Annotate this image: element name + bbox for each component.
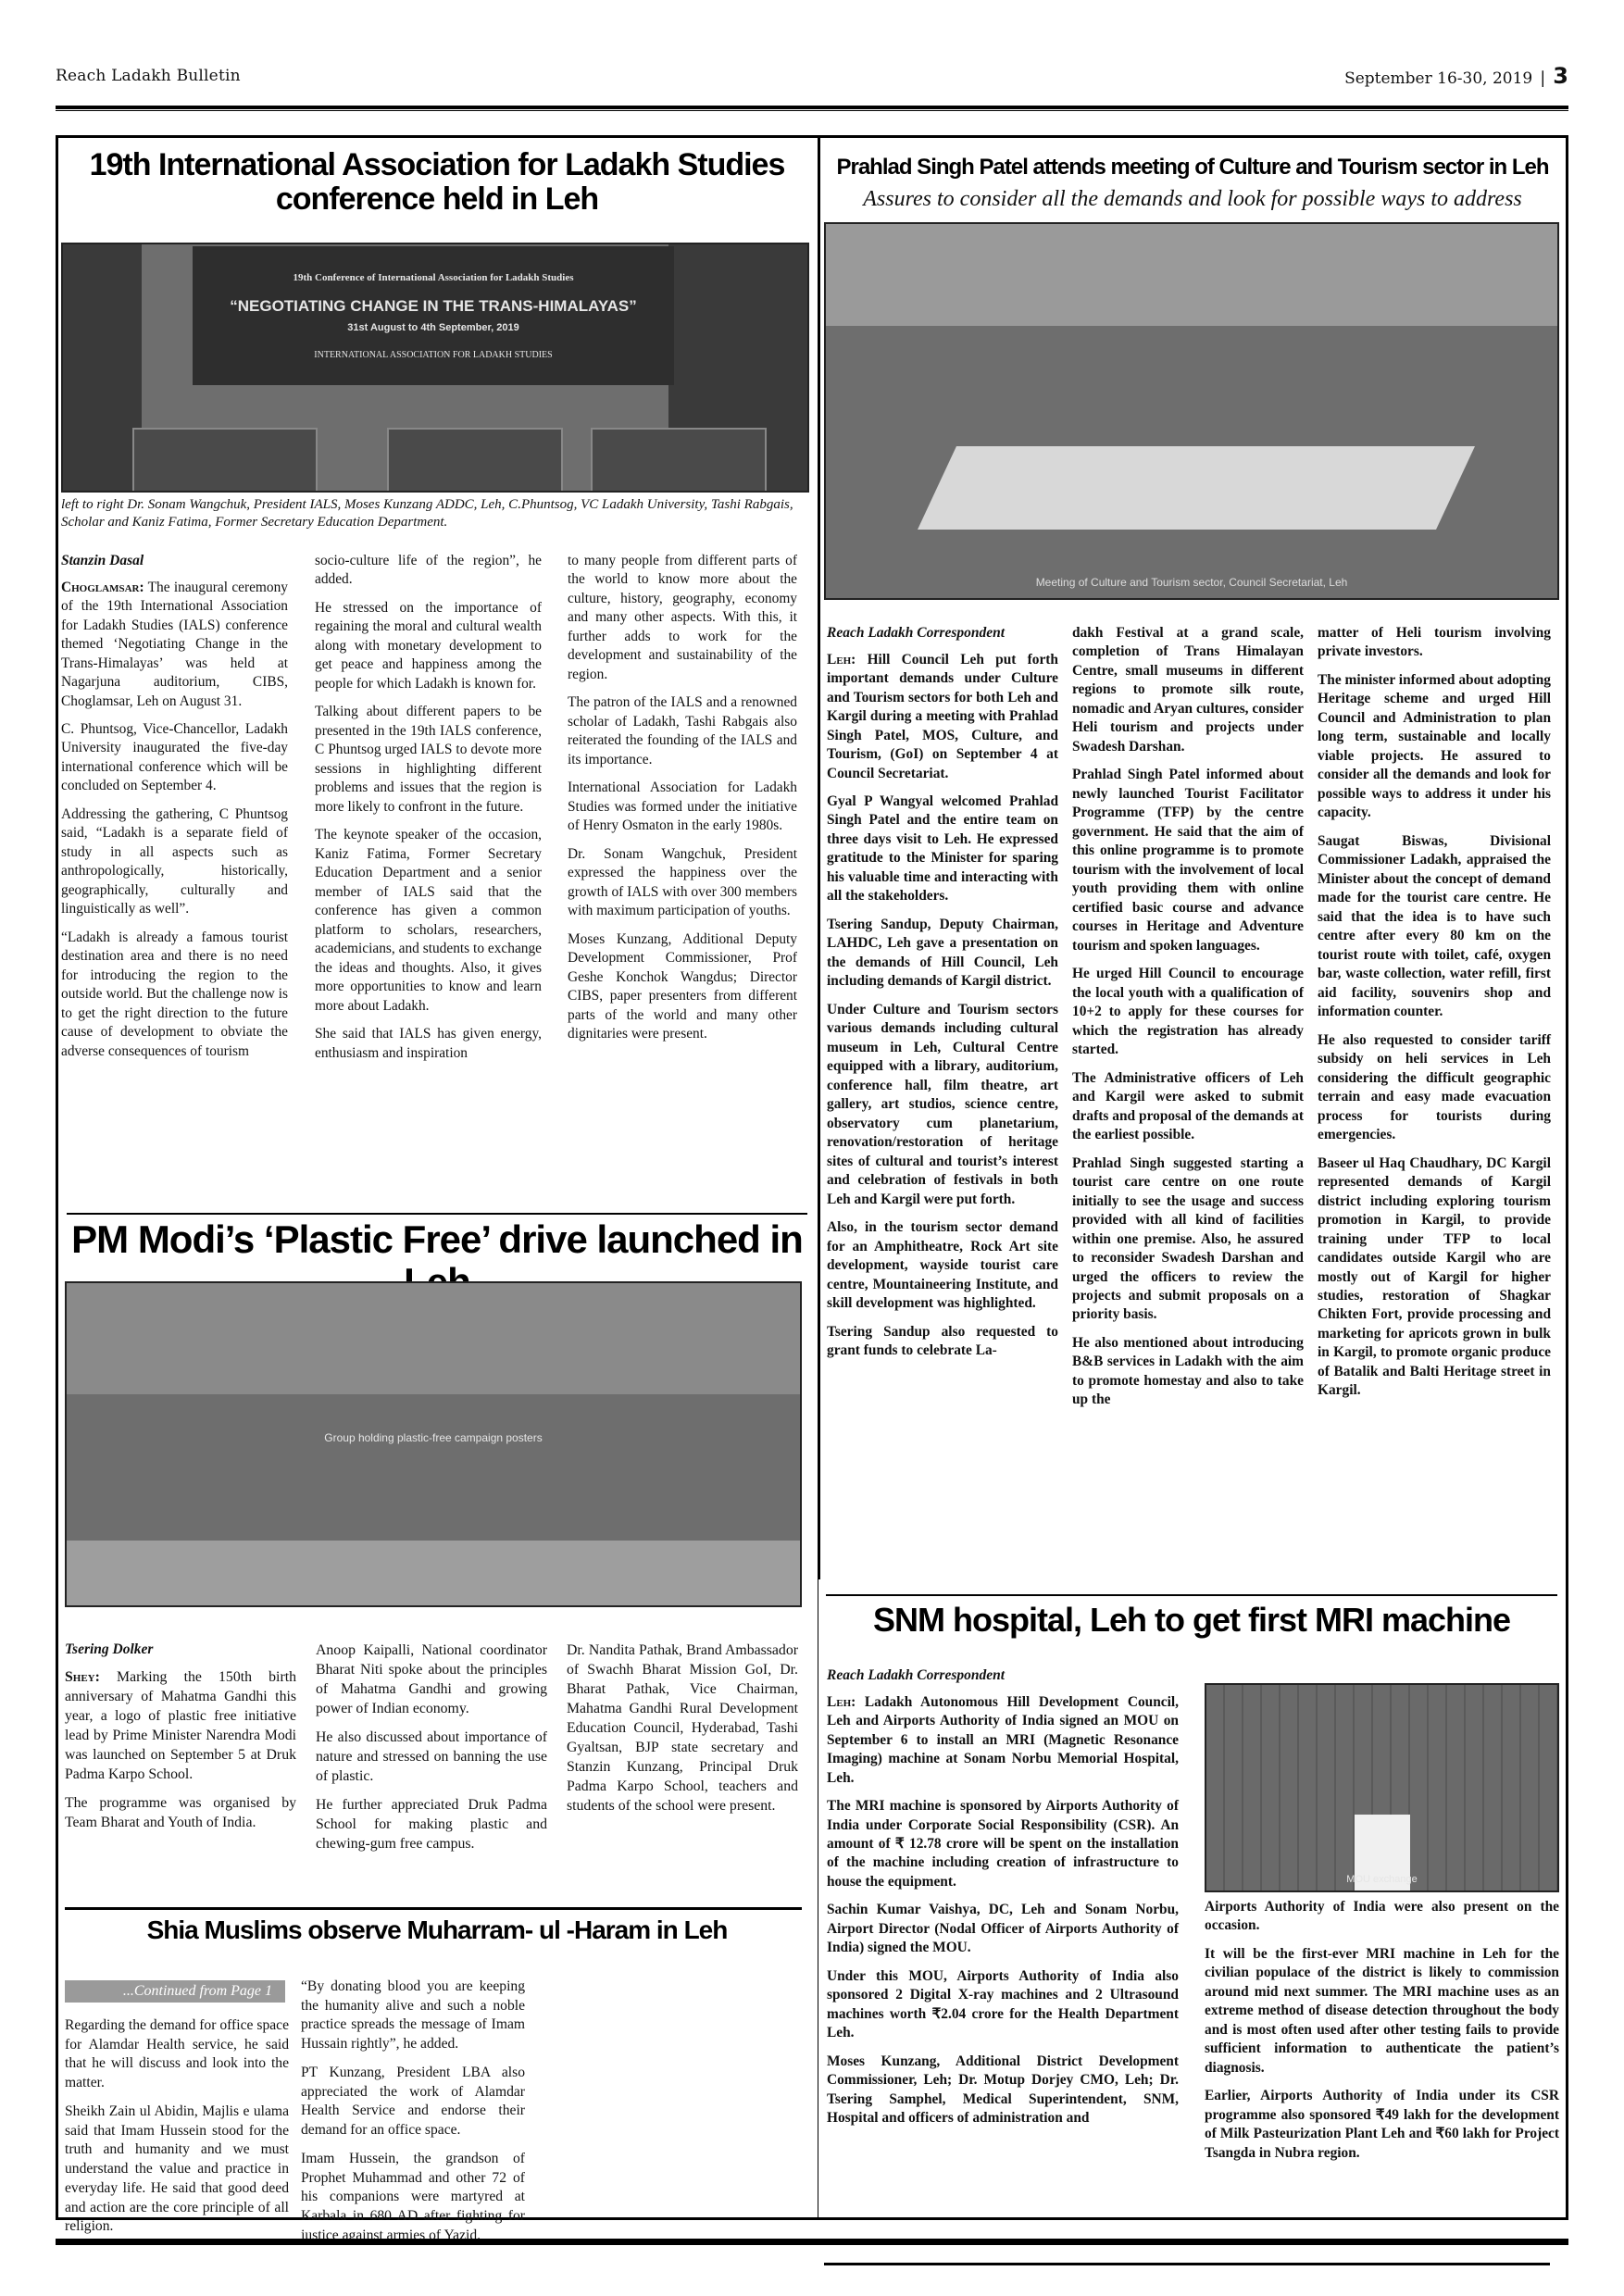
ials-paragraph: Talking about different papers to be pre…	[315, 703, 542, 817]
mri-paragraph: Earlier, Airports Authority of India und…	[1205, 2087, 1559, 2163]
mri-paragraph: Airports Authority of India were also pr…	[1205, 1898, 1559, 1936]
ials-paragraph: to many people from different parts of t…	[568, 552, 797, 684]
mri-column-1: Reach Ladakh Correspondent Leh: Ladakh A…	[827, 1666, 1179, 2138]
ials-byline: Stanzin Dasal	[61, 552, 288, 571]
plastic-paragraph: The programme was organised by Team Bhar…	[65, 1793, 296, 1832]
plastic-paragraph: Anoop Kaipalli, National coordinator Bha…	[316, 1641, 547, 1718]
table-left	[132, 428, 318, 493]
ials-paragraph: International Association for Ladakh Stu…	[568, 779, 797, 835]
plastic-byline: Tsering Dolker	[65, 1641, 296, 1660]
patel-headline: Prahlad Singh Patel attends meeting of C…	[822, 156, 1563, 180]
patel-paragraph: Saugat Biswas, Divisional Commissioner L…	[1318, 832, 1551, 1022]
patel-deck: Assures to consider all the demands and …	[822, 187, 1563, 212]
patel-paragraph: Also, in the tourism sector demand for a…	[827, 1218, 1058, 1313]
ground	[67, 1541, 800, 1605]
mri-paragraph: Moses Kunzang, Additional District Devel…	[827, 2053, 1179, 2128]
issue-date: September 16-30, 2019	[1344, 69, 1532, 88]
patel-paragraph: matter of Heli tourism involving private…	[1318, 624, 1551, 662]
ials-paragraph: Moses Kunzang, Additional Deputy Develop…	[568, 930, 797, 1044]
patel-meeting-photo: Meeting of Culture and Tourism sector, C…	[824, 222, 1559, 600]
mri-mou-photo: MOU exchange	[1205, 1683, 1559, 1892]
plastic-paragraph: Dr. Nandita Pathak, Brand Ambassador of …	[567, 1641, 798, 1816]
mri-column-2: Airports Authority of India were also pr…	[1205, 1898, 1559, 2172]
plastic-column-1: Tsering Dolker Shey: Marking the 150th b…	[65, 1641, 296, 1841]
muharram-paragraph: Regarding the demand for office space fo…	[65, 2016, 289, 2093]
patel-dateline: Leh:	[827, 652, 856, 668]
muharram-paragraph: Imam Hussein, the grandson of Prophet Mu…	[301, 2150, 525, 2246]
patel-paragraph: He urged Hill Council to encourage the l…	[1072, 965, 1304, 1059]
plastic-column-2: Anoop Kaipalli, National coordinator Bha…	[316, 1641, 547, 1863]
header-rule	[56, 106, 1568, 111]
curtain-left	[63, 244, 142, 491]
plastic-paragraph: He further appreciated Druk Padma School…	[316, 1795, 547, 1853]
plastic-paragraph: Shey: Marking the 150th birth anniversar…	[65, 1667, 296, 1784]
tent-backdrop	[67, 1283, 800, 1394]
mri-paragraph: The MRI machine is sponsored by Airports…	[827, 1797, 1179, 1891]
ials-photo-caption: left to right Dr. Sonam Wangchuk, Presid…	[61, 496, 809, 531]
ials-paragraph: Choglamsar: The inaugural ceremony of th…	[61, 579, 288, 711]
continued-from-label: ...Continued from Page 1	[65, 1980, 285, 2003]
plastic-column-3: Dr. Nandita Pathak, Brand Ambassador of …	[567, 1641, 798, 1825]
muharram-paragraph: Sheikh Zain ul Abidin, Majlis e ulama sa…	[65, 2103, 289, 2237]
patel-paragraph: Under Culture and Tourism sectors variou…	[827, 1001, 1058, 1209]
mri-paragraph: Leh: Ladakh Autonomous Hill Development …	[827, 1693, 1179, 1788]
header-separator: |	[1540, 69, 1545, 88]
section-rule	[826, 1594, 1557, 1596]
muharram-headline: Shia Muslims observe Muharram- ul -Haram…	[59, 1916, 815, 1945]
mri-paragraph: Sachin Kumar Vaishya, DC, Leh and Sonam …	[827, 1901, 1179, 1957]
vertical-divider	[818, 1579, 818, 2220]
footer-rule-thick	[56, 2239, 1568, 2245]
patel-paragraph: Tsering Sandup also requested to grant f…	[827, 1323, 1058, 1361]
conference-banner: 19th Conference of International Associa…	[193, 246, 674, 385]
ials-paragraph: She said that IALS has given energy, ent…	[315, 1025, 542, 1063]
ials-paragraph: The patron of the IALS and a renowned sc…	[568, 693, 797, 769]
patel-paragraph: He also requested to consider tariff sub…	[1318, 1031, 1551, 1145]
ials-headline: 19th International Association for Ladak…	[59, 148, 815, 218]
mri-dateline: Leh:	[827, 1694, 856, 1710]
table-center	[387, 428, 563, 493]
patel-paragraph: Gyal P Wangyal welcomed Prahlad Singh Pa…	[827, 792, 1058, 906]
publication-name: Reach Ladakh Bulletin	[56, 67, 241, 85]
patel-paragraph: Leh: Hill Council Leh put forth importan…	[827, 651, 1058, 783]
footer-rule-thin	[824, 2263, 1550, 2265]
ials-column-3: to many people from different parts of t…	[568, 552, 797, 1054]
patel-paragraph: He also mentioned about introducing B&B …	[1072, 1334, 1304, 1410]
muharram-column-1: Regarding the demand for office space fo…	[65, 2016, 289, 2246]
patel-paragraph: Prahlad Singh suggested starting a touri…	[1072, 1154, 1304, 1325]
page-number: 3	[1553, 63, 1568, 89]
mri-byline: Reach Ladakh Correspondent	[827, 1666, 1179, 1686]
section-rule	[67, 1213, 807, 1215]
room-wall	[826, 224, 1557, 326]
meeting-table	[918, 446, 1475, 530]
patel-paragraph: dakh Festival at a grand scale, completi…	[1072, 624, 1304, 756]
patel-column-3: matter of Heli tourism involving private…	[1318, 624, 1551, 1410]
muharram-column-2: “By donating blood you are keeping the h…	[301, 1978, 525, 2255]
patel-paragraph: The Administrative officers of Leh and K…	[1072, 1069, 1304, 1145]
mri-paragraph: Under this MOU, Airports Authority of In…	[827, 1967, 1179, 2043]
ials-conference-photo: 19th Conference of International Associa…	[61, 243, 809, 493]
ials-column-2: socio-culture life of the region”, he ad…	[315, 552, 542, 1072]
muharram-paragraph: PT Kunzang, President LBA also appreciat…	[301, 2064, 525, 2140]
patel-byline: Reach Ladakh Correspondent	[827, 624, 1058, 643]
table-right	[591, 428, 767, 493]
plastic-dateline: Shey:	[65, 1669, 100, 1685]
section-rule	[65, 1907, 802, 1910]
patel-paragraph: The minister informed about adopting Her…	[1318, 671, 1551, 823]
ials-paragraph: C. Phuntsog, Vice-Chancellor, Ladakh Uni…	[61, 720, 288, 796]
ials-paragraph: He stressed on the importance of regaini…	[315, 599, 542, 693]
patel-paragraph: Prahlad Singh Patel informed about newly…	[1072, 766, 1304, 955]
patel-paragraph: Baseer ul Haq Chaudhary, DC Kargil repre…	[1318, 1154, 1551, 1401]
vertical-divider	[818, 135, 820, 1579]
plastic-free-photo: Group holding plastic-free campaign post…	[65, 1281, 802, 1607]
plastic-paragraph: He also discussed about importance of na…	[316, 1728, 547, 1786]
issue-info: September 16-30, 2019 | 3	[1344, 63, 1568, 89]
ials-paragraph: socio-culture life of the region”, he ad…	[315, 552, 542, 590]
mri-headline: SNM hospital, Leh to get first MRI machi…	[824, 1602, 1559, 1639]
patel-column-2: dakh Festival at a grand scale, completi…	[1072, 624, 1304, 1419]
patel-column-1: Reach Ladakh Correspondent Leh: Hill Cou…	[827, 624, 1058, 1370]
mri-paragraph: It will be the first-ever MRI machine in…	[1205, 1945, 1559, 2078]
ials-paragraph: The keynote speaker of the occasion, Kan…	[315, 826, 542, 1016]
muharram-paragraph: “By donating blood you are keeping the h…	[301, 1978, 525, 2054]
patel-paragraph: Tsering Sandup, Deputy Chairman, LAHDC, …	[827, 916, 1058, 992]
ials-paragraph: “Ladakh is already a famous tourist dest…	[61, 929, 288, 1061]
ials-paragraph: Addressing the gathering, C Phuntsog sai…	[61, 805, 288, 919]
ials-dateline: Choglamsar:	[61, 580, 144, 595]
ials-paragraph: Dr. Sonam Wangchuk, President expressed …	[568, 845, 797, 921]
ials-column-1: Stanzin Dasal Choglamsar: The inaugural …	[61, 552, 288, 1070]
